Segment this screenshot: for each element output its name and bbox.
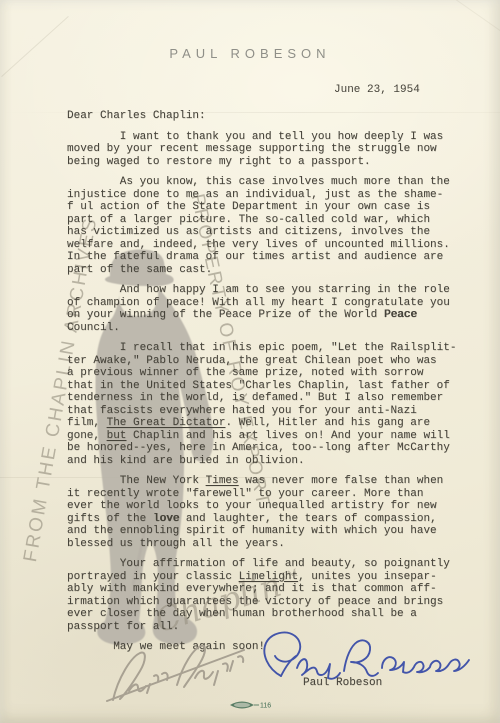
text-line: f ul action of the State Department in y… [67, 201, 456, 214]
paragraph: As you know, this case involves much mor… [67, 176, 456, 276]
text-line: of champion of peace! With all my heart … [67, 297, 456, 310]
text-line: part of a larger picture. The so-called … [67, 214, 456, 227]
salutation-line: Dear Charles Chaplin: [67, 110, 456, 123]
text-line: As you know, this case involves much mor… [67, 176, 456, 189]
paragraph: I want to thank you and tell you how dee… [67, 131, 456, 169]
date-line: June 23, 1954 [334, 84, 420, 97]
text-line: injustice done to me as an individual, j… [67, 189, 456, 202]
letter-body: Dear Charles Chaplin: I want to thank yo… [67, 110, 456, 654]
text-line: being waged to restore my right to a pas… [67, 156, 456, 169]
typed-signature-name: Paul Robeson [303, 677, 382, 690]
letter-scan-page: FROM THE CHAPLIN ARCHIVES PROPERTY OF RO… [0, 0, 500, 723]
text-line: I recall that in his epic poem, "Let the… [67, 342, 456, 355]
closing-line: May we meet again soon! [67, 641, 456, 654]
text-line: irmation which guarantees the victory of… [67, 596, 456, 609]
text-line: ably with mankind everywhere; and it is … [67, 583, 456, 596]
paragraph: The New York Times was never more false … [67, 475, 456, 550]
text-line: be honored--yes, here in America, too--l… [67, 442, 456, 455]
text-line: film, The Great Dictator. Well, Hitler a… [67, 417, 456, 430]
text-line: portrayed in your classic Limelight, uni… [67, 571, 456, 584]
text-line: part of the same cast. [67, 264, 456, 277]
text-line: gone, but Chaplin and his art lives on! … [67, 430, 456, 443]
text-line: and the ennobling spirit of humanity wit… [67, 525, 456, 538]
union-printing-label: 116 [226, 696, 286, 719]
text-line: The New York Times was never more false … [67, 475, 456, 488]
paragraph: Your affirmation of life and beauty, so … [67, 558, 456, 633]
letterhead-name: PAUL ROBESON [0, 46, 500, 61]
chaplin-pencil-signature [107, 646, 244, 701]
text-line: a previous winner of the same prize, not… [67, 367, 456, 380]
text-line: that in the United States "Charles Chapl… [67, 380, 456, 393]
text-line: Council. [67, 322, 456, 335]
text-line: on your winning of the Peace Prize of th… [67, 309, 456, 322]
text-line: passport for all. [67, 621, 456, 634]
text-line: that fascists everywhere hated you for y… [67, 405, 456, 418]
text-line: blessed us through all the years. [67, 538, 456, 551]
text-line: Your affirmation of life and beauty, so … [67, 558, 456, 571]
text-line: In the fateful drama of our times artist… [67, 251, 456, 264]
text-line: May we meet again soon! [67, 641, 456, 654]
text-line: tenderness in the world, is defamed." Bu… [67, 392, 456, 405]
text-line: moved by your recent message supporting … [67, 143, 456, 156]
paper-crease [435, 0, 500, 48]
text-line: I want to thank you and tell you how dee… [67, 131, 456, 144]
text-line: welfare and, indeed, the very lives of u… [67, 239, 456, 252]
text-line: and his kind are buried in oblivion. [67, 455, 456, 468]
text-line: gifts of the love and laughter, the tear… [67, 513, 456, 526]
text-line: ter Awake," Pablo Neruda, the great Chil… [67, 355, 456, 368]
paragraph: And how happy I am to see you starring i… [67, 284, 456, 334]
union-label-number: 116 [260, 703, 271, 710]
text-line: And how happy I am to see you starring i… [67, 284, 456, 297]
text-line: ever the world looks to your unequalled … [67, 500, 456, 513]
text-line: ever closer the day when human brotherho… [67, 608, 456, 621]
text-line: it recently wrote "farewell" to your car… [67, 488, 456, 501]
paragraph: I recall that in his epic poem, "Let the… [67, 342, 456, 467]
text-line: has victimized us as artists and citizen… [67, 226, 456, 239]
